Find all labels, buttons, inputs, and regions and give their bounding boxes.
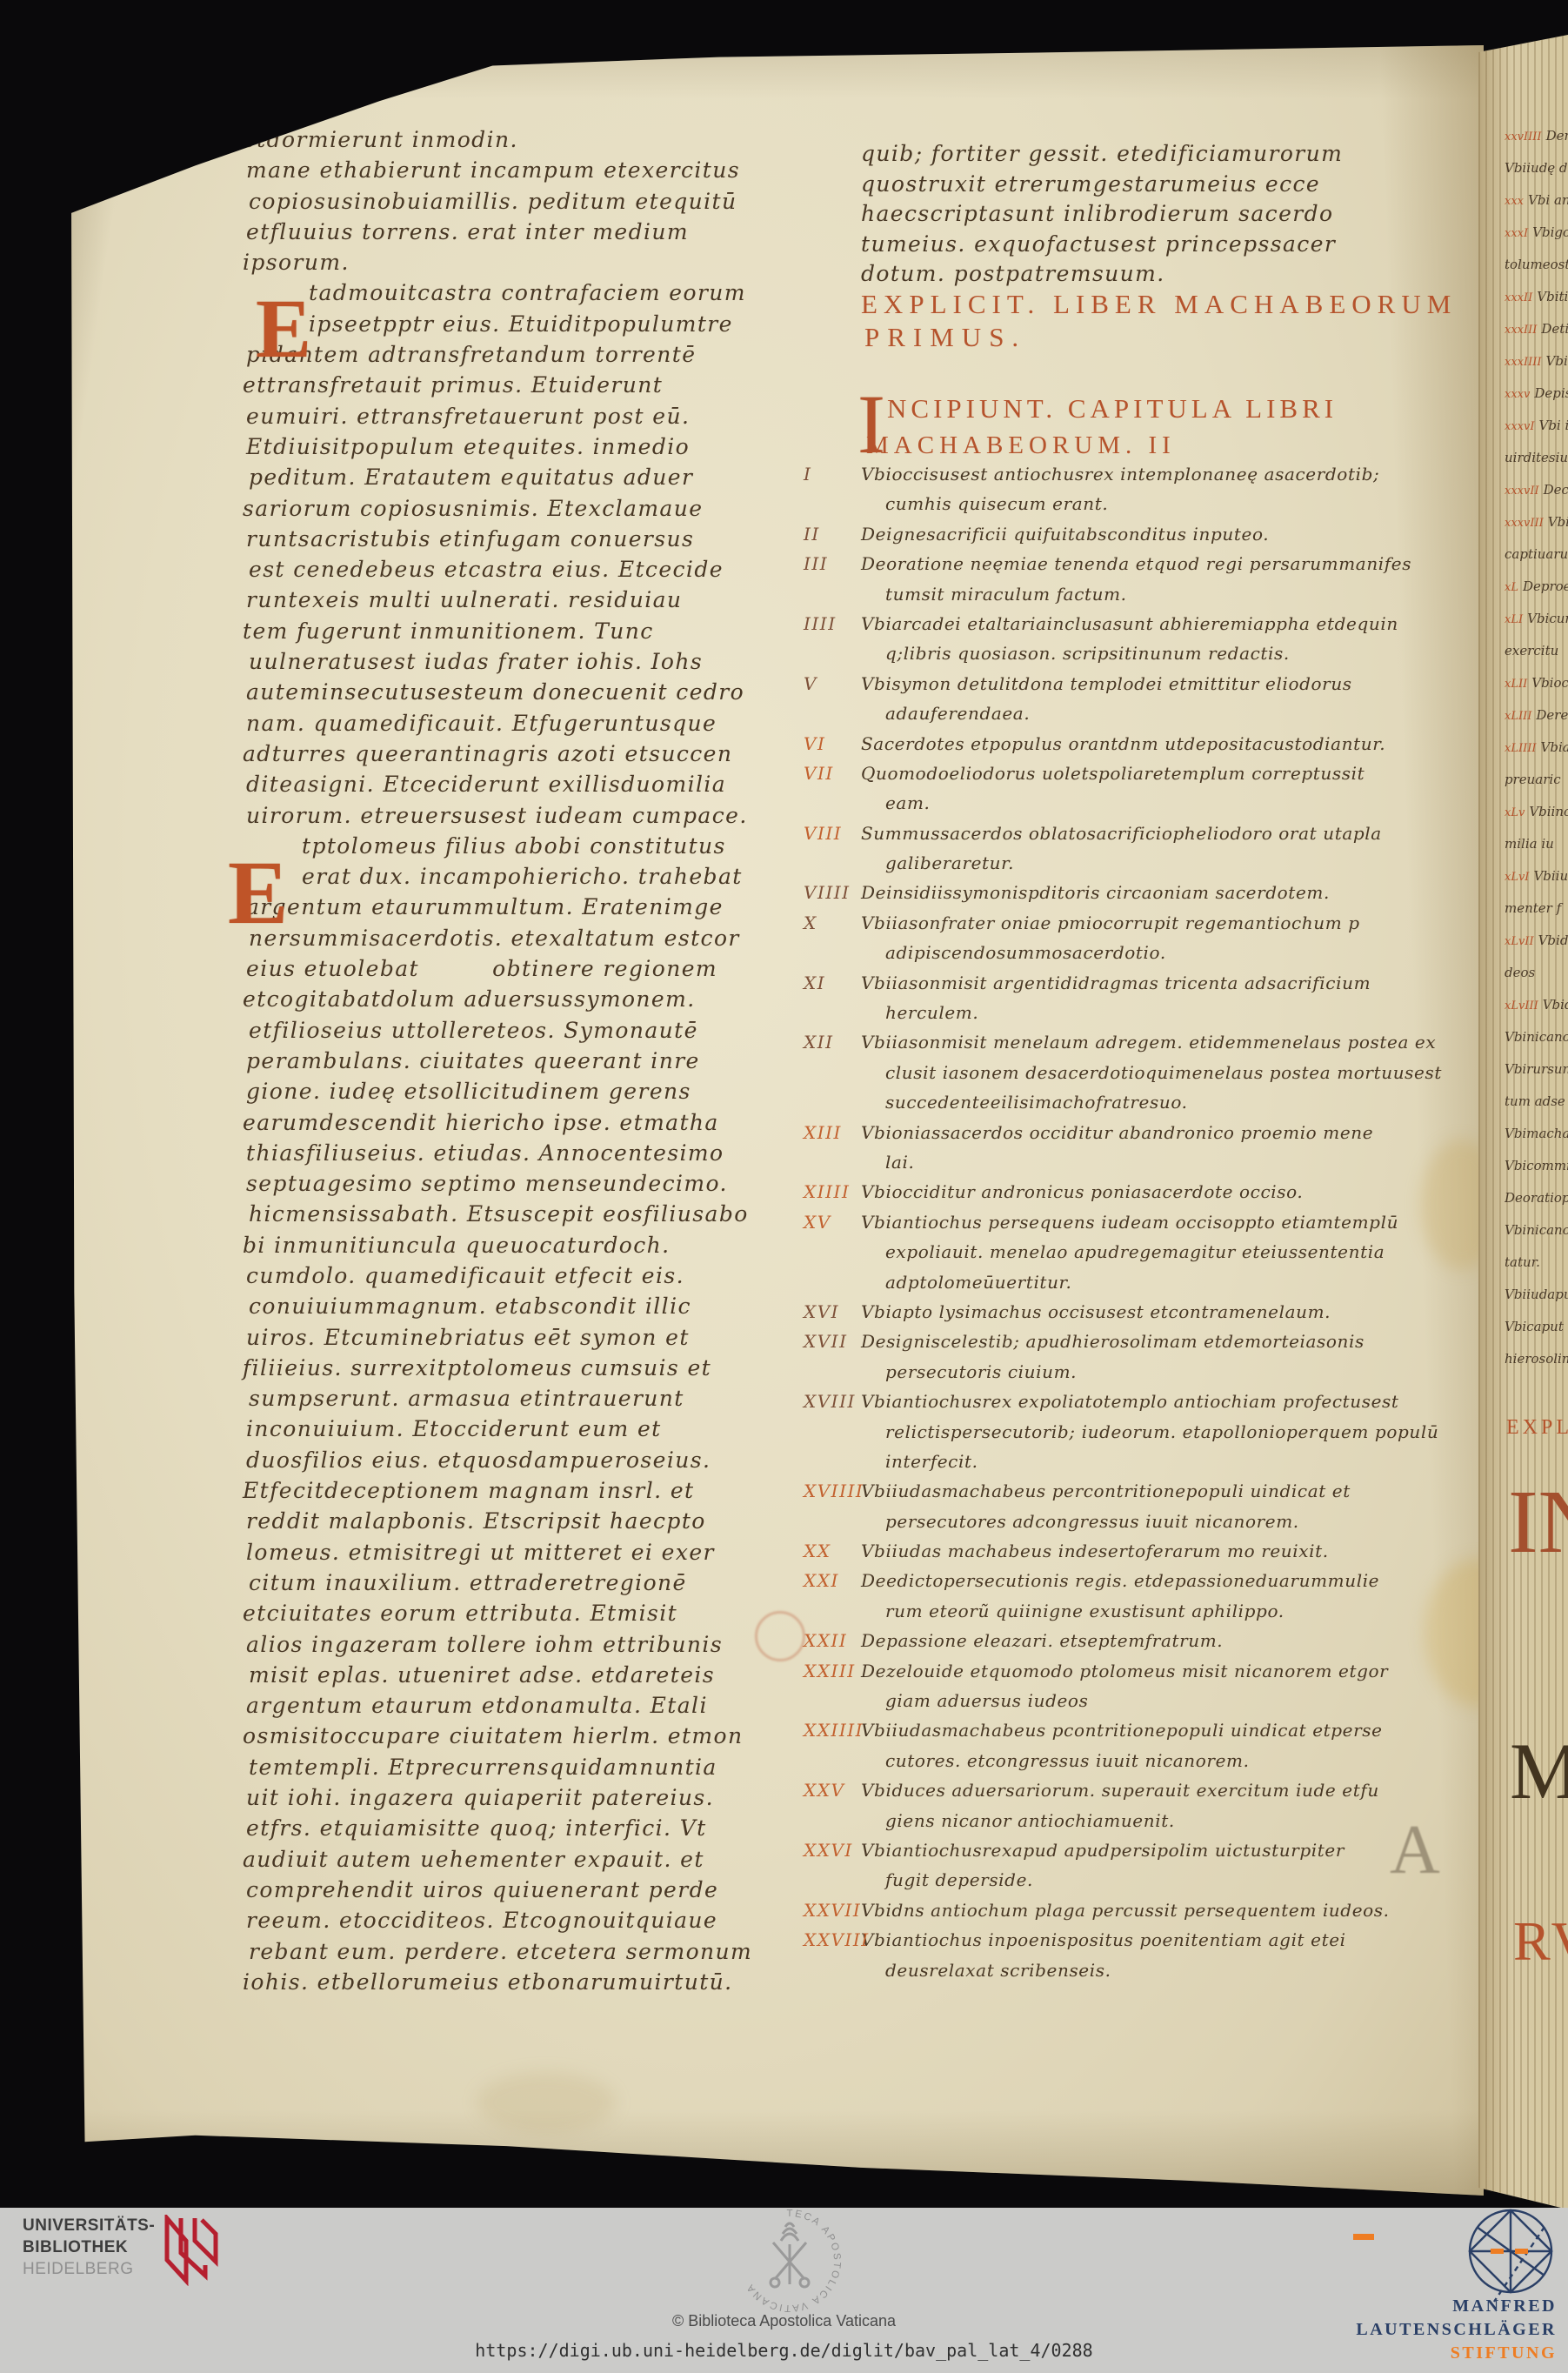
manuscript-line: dotum. postpatremsuum. [861, 259, 1470, 290]
manuscript-line: bi inmunitiuncula queuocaturdoch. [243, 1230, 855, 1260]
capitulum-entry: XVIIDesigniscelestib; apudhierosolimam e… [861, 1327, 1487, 1387]
manuscript-line: etcogitabatdolum aduersussymonem. [243, 984, 855, 1014]
manuscript-line: eumuiri. ettransfretauerunt post eū. [246, 401, 855, 431]
chapter-numeral: XXVIII [804, 1925, 856, 1955]
foreedge-line: uirditesiu [1505, 442, 1568, 474]
explicit-rubric-line1: EXPLICIT. LIBER MACHABEORUM [861, 289, 1457, 320]
manuscript-line: etfilioseius uttollereteos. Symonautē [249, 1015, 855, 1046]
bleedthrough-letter: A [1390, 1811, 1440, 1890]
foreedge-chapter-numeral: xLv [1505, 806, 1525, 819]
foreedge-chapter-numeral: xxxv [1505, 388, 1530, 401]
foreedge-line: tolumeost [1505, 249, 1568, 281]
capitulum-line: XIIVbiiasonmisit menelaum adregem. etide… [861, 1027, 1487, 1057]
chapter-numeral: XVII [804, 1327, 856, 1356]
capitulum-line: interfecit. [885, 1447, 1487, 1476]
capitulum-line: galiberaretur. [885, 848, 1487, 878]
manuscript-line: gione. iudeę etsollicitudinem gerens [246, 1076, 855, 1106]
capitulum-entry: VISacerdotes etpopulus orantdnm utdeposi… [861, 729, 1487, 759]
manuscript-line: quib; fortiter gessit. etedificiamurorum [861, 139, 1470, 170]
manuscript-line: mane ethabierunt incampum etexercitus [246, 155, 855, 185]
manuscript-line: etfluuius torrens. erat inter medium [246, 217, 855, 247]
foreedge-line: xLIIIDeresur [1505, 699, 1568, 732]
chapter-numeral: I [804, 459, 856, 489]
capitulum-entry: XXIDeedictopersecutionis regis. etdepass… [861, 1566, 1487, 1626]
manuscript-line: inconuiuium. Etocciderunt eum et [246, 1414, 855, 1444]
chapter-numeral: X [804, 908, 856, 938]
left-text-column: etdormierunt inmodin.mane ethabierunt in… [246, 124, 855, 1997]
manuscript-line: hicmensissabath. Etsuscepit eosfiliusabo [249, 1199, 855, 1229]
manuscript-line: Etdiuisitpopulum etequites. inmedio [246, 431, 855, 462]
capitulum-line: IIDeignesacrificii quifuitabsconditus in… [861, 519, 1487, 549]
manuscript-line: sumpserunt. armasua etintrauerunt [249, 1383, 855, 1414]
foreedge-large-initials-MA: MA [1510, 1731, 1568, 1811]
incipit-rubric-line1: NCIPIUNT. CAPITULA LIBRI [887, 393, 1338, 424]
foreedge-chapter-numeral: xxxIII [1505, 324, 1537, 337]
manuscript-line: nam. quamedificauit. Etfugeruntusque [246, 708, 855, 739]
capitulum-line: XXVIIVbidns antiochum plaga percussit pe… [861, 1895, 1487, 1925]
ub-heidelberg-wordmark: UNIVERSITÄTS- BIBLIOTHEK HEIDELBERG [23, 2215, 155, 2280]
capitulum-line: XVVbiantiochus persequens iudeam occisop… [861, 1207, 1487, 1237]
capitulum-entry: XXVIIIVbiantiochus inpoenispositus poeni… [861, 1925, 1487, 1985]
chapter-numeral: XVIII [804, 1387, 856, 1416]
capitulum-entry: XXIIDepassione eleazari. etseptemfratrum… [861, 1626, 1487, 1655]
chapter-numeral: XXIIII [804, 1715, 856, 1745]
ub-line3: HEIDELBERG [23, 2258, 155, 2280]
chapter-numeral: XI [804, 968, 856, 998]
foreedge-line: xxxvIIDeciuitatib [1505, 474, 1568, 506]
capitulum-entry: XVVbiantiochus persequens iudeam occisop… [861, 1207, 1487, 1297]
capitulum-entry: IIDeignesacrificii quifuitabsconditus in… [861, 519, 1487, 549]
foreedge-line: menter f [1505, 892, 1568, 925]
book-foreedge: xxvIIIIDemorte aVbiiudę dexxxVbi antioxx… [1478, 35, 1568, 2209]
capitulum-line: XXVbiiudas machabeus indesertoferarum mo… [861, 1536, 1487, 1566]
folio-number: 14 [94, 82, 116, 103]
capitulum-entry: IIIIVbiarcadei etaltariainclusasunt abhi… [861, 609, 1487, 669]
incipit-rubric-line2: MACHABEORUM. II [866, 431, 1176, 460]
capitulum-line: clusit iasonem desacerdotioquimenelaus p… [885, 1058, 1487, 1087]
foreedge-chapter-numeral: xxx [1505, 195, 1524, 208]
capitulum-line: XXVIIIVbiantiochus inpoenispositus poeni… [861, 1925, 1487, 1955]
foreedge-chapter-numeral: xxxvII [1505, 485, 1539, 498]
foreedge-line: deos [1505, 957, 1568, 989]
right-text-column-top: quib; fortiter gessit. etedificiamurorum… [861, 139, 1470, 290]
capitulum-line: XVIIIIVbiiudasmachabeus percontritionepo… [861, 1476, 1487, 1506]
foreedge-line: xxxIIVbitimotheu [1505, 281, 1568, 313]
foreedge-chapter-numeral: xL [1505, 581, 1518, 594]
manuscript-line: tptolomeus filius abobi constitutus [302, 831, 855, 861]
chapter-numeral: XVI [804, 1297, 856, 1327]
foreedge-line: xxxIIIIVbilisias ri [1505, 345, 1568, 378]
capitulum-entry: XVIIIVbiantiochusrex expoliatotemplo ant… [861, 1387, 1487, 1476]
foreedge-capitula-fragments: xxvIIIIDemorte aVbiiudę dexxxVbi antioxx… [1505, 120, 1568, 1375]
capitulum-line: VVbisymon detulitdona templodei etmittit… [861, 669, 1487, 699]
foreedge-line: captiuaru [1505, 538, 1568, 571]
foreedge-line: xLIVbicumg [1505, 603, 1568, 635]
capitulum-line: q;libris quosiason. scripsitinunum redac… [885, 638, 1487, 668]
capitulum-entry: VVbisymon detulitdona templodei etmittit… [861, 669, 1487, 729]
manuscript-line: uulneratusest iudas frater iohis. Iohs [249, 646, 855, 677]
chapter-numeral: V [804, 669, 856, 699]
manuscript-page: 14 etdormierunt inmodin.mane ethabierunt… [68, 45, 1484, 2196]
manuscript-line: cumdolo. quamedificauit etfecit eis. [246, 1260, 855, 1291]
capitulum-entry: XIIVbiiasonmisit menelaum adregem. etide… [861, 1027, 1487, 1117]
foreedge-line: Vbicomminat [1505, 1150, 1568, 1182]
manuscript-line: diteasigni. Etceciderunt exillisduomilia [246, 769, 855, 799]
manuscript-line: rebant eum. perdere. etcetera sermonum [249, 1936, 855, 1967]
chapter-numeral: XXV [804, 1775, 856, 1805]
manuscript-line: thiasfiliuseius. etiudas. Annocentesimo [246, 1138, 855, 1168]
foreedge-line: xLvIIVbidemetr [1505, 925, 1568, 957]
manuscript-line: eius etuolebat obtinere regionem [246, 953, 855, 984]
manuscript-line: temtempli. Etprecurrensquidamnuntia [249, 1752, 855, 1782]
manuscript-line: reeum. etocciditeos. Etcognouitquiaue [246, 1905, 855, 1935]
manuscript-line: ipsorum. [243, 247, 855, 277]
manuscript-line: earumdescendit hiericho ipse. etmatha [243, 1107, 855, 1138]
foreedge-chapter-numeral: xLII [1505, 678, 1527, 691]
manuscript-line: filiieius. surrexitptolomeus cumsuis et [243, 1353, 855, 1383]
capitula-list: IVbioccisusest antiochusrex intemplonane… [861, 459, 1487, 1985]
capitulum-entry: XXIIIIVbiiudasmachabeus pcontritionepopu… [861, 1715, 1487, 1775]
manuscript-line: est cenedebeus etcastra eius. Etcecide [249, 554, 855, 585]
foreedge-line: xxvIIIIDemorte a [1505, 120, 1568, 152]
manuscript-line: argentum etaurum etdonamulta. Etali [246, 1690, 855, 1721]
manuscript-line: comprehendit uiros quiuenerant perde [246, 1875, 855, 1905]
capitulum-entry: XIIIVbioniassacerdos occiditur abandroni… [861, 1118, 1487, 1178]
mls-line2: LAUTENSCHLÄGER [1356, 2318, 1557, 2342]
capitulum-line: expoliauit. menelao apudregemagitur etei… [885, 1237, 1487, 1267]
chapter-numeral: XIII [804, 1118, 856, 1147]
manuscript-line: tumeius. exquofactusest princepssacer [861, 230, 1470, 260]
chapter-numeral: II [804, 519, 856, 549]
foreedge-chapter-numeral: xLIII [1505, 710, 1531, 723]
capitulum-line: XVIVbiapto lysimachus occisusest etcontr… [861, 1297, 1487, 1327]
capitulum-line: adipiscendosummosacerdotio. [885, 938, 1487, 967]
foreedge-line: milia iu [1505, 828, 1568, 860]
manuscript-line: haecscriptasunt inlibrodierum sacerdo [861, 199, 1470, 230]
footer-bar: UNIVERSITÄTS- BIBLIOTHEK HEIDELBERG [0, 2208, 1568, 2373]
foreedge-line: Vbiiudę de [1505, 152, 1568, 184]
foreedge-chapter-numeral: xLI [1505, 613, 1523, 626]
foreedge-line: Deoratiopresb [1505, 1182, 1568, 1214]
manuscript-line: runtexeis multi uulnerati. residuiau [246, 585, 855, 615]
capitulum-line: deusrelaxat scribenseis. [885, 1955, 1487, 1985]
foreedge-chapter-numeral: xxvIIII [1505, 130, 1542, 144]
source-url-text: https://digi.ub.uni-heidelberg.de/diglit… [0, 2340, 1568, 2361]
manuscript-line: ettransfretauit primus. Etuiderunt [243, 370, 855, 400]
manuscript-line: audiuit autem uehementer expauit. et [243, 1844, 855, 1875]
capitulum-entry: IIIDeoratione neęmiae tenenda etquod reg… [861, 549, 1487, 609]
chapter-numeral: XII [804, 1027, 856, 1057]
foreedge-chapter-numeral: xLvI [1505, 871, 1529, 884]
manuscript-line: lomeus. etmisitregi ut mitteret ei exer [246, 1537, 855, 1568]
chapter-numeral: XXIII [804, 1656, 856, 1686]
capitulum-entry: XXVIIVbidns antiochum plaga percussit pe… [861, 1895, 1487, 1925]
foreedge-line: xxxvIIIVbitimothe [1505, 506, 1568, 538]
foreedge-line: Vbimachabeu [1505, 1118, 1568, 1150]
capitulum-line: eam. [885, 788, 1487, 818]
foreedge-line: preuaric [1505, 764, 1568, 796]
manuscript-line: etdormierunt inmodin. [243, 124, 855, 155]
capitulum-line: adptolomeūuertitur. [885, 1267, 1487, 1297]
foreedge-chapter-numeral: xLIIII [1505, 742, 1537, 755]
foreedge-chapter-numeral: xxxvI [1505, 420, 1534, 433]
foreedge-line: tum adse iud [1505, 1086, 1568, 1118]
capitulum-line: XXIIDepassione eleazari. etseptemfratrum… [861, 1626, 1487, 1655]
manuscript-line: Etfecitdeceptionem magnam insrl. et [243, 1475, 855, 1506]
capitulum-entry: VIIQuomodoeliodorus uoletspoliaretemplum… [861, 759, 1487, 819]
capitulum-line: XXVVbiduces aduersariorum. superauit exe… [861, 1775, 1487, 1805]
capitulum-line: IIIDeoratione neęmiae tenenda etquod reg… [861, 549, 1487, 578]
capitulum-line: XVbiiasonfrater oniae pmiocorrupit regem… [861, 908, 1487, 938]
foreedge-line: xxxvIVbi ioppite [1505, 410, 1568, 442]
foreedge-line: xLvIVbiiudęiur [1505, 860, 1568, 892]
manuscript-line: adturres queerantinagris azoti etsuccen [243, 739, 855, 769]
capitulum-entry: XVIVbiapto lysimachus occisusest etcontr… [861, 1297, 1487, 1327]
capitulum-line: XXIIIDezelouide etquomodo ptolomeus misi… [861, 1656, 1487, 1686]
foreedge-chapter-numeral: xLvIII [1505, 999, 1538, 1013]
svg-text:BIBLIOTECA APOSTOLICA VATICANA: BIBLIOTECA APOSTOLICA VATICANA [707, 2209, 842, 2312]
capitulum-line: persecutoris ciuium. [885, 1357, 1487, 1387]
foreedge-line: Vbirursum a [1505, 1053, 1568, 1086]
foreedge-chapter-numeral: xLvII [1505, 935, 1534, 948]
foreedge-explicit-fragment: EXPLI [1506, 1416, 1568, 1440]
capitulum-line: XXIDeedictopersecutionis regis. etdepass… [861, 1566, 1487, 1595]
chapter-numeral: VIIII [804, 878, 856, 907]
chapter-numeral: XXVI [804, 1835, 856, 1865]
manuscript-line: nersummisacerdotis. etexaltatum estcor [249, 923, 855, 953]
capitulum-entry: XVbiiasonfrater oniae pmiocorrupit regem… [861, 908, 1487, 968]
capitulum-line: VIIIIDeinsidiissymonispditoris circaonia… [861, 878, 1487, 907]
foreedge-line: xxxIIIDetimotheo [1505, 313, 1568, 345]
foreedge-line: xLvIIIVbidemetri [1505, 989, 1568, 1021]
manuscript-line: duosfilios eius. etquosdampueroseius. [246, 1445, 855, 1475]
chapter-numeral: VIII [804, 819, 856, 848]
manuscript-line: auteminsecutusesteum donecuenit cedro [246, 677, 855, 707]
foreedge-line: xLIIVbiocc [1505, 667, 1568, 699]
foreedge-line: xxxIVbigorgia [1505, 217, 1568, 249]
mls-wordmark: MANFRED LAUTENSCHLÄGER STIFTUNG [1356, 2295, 1557, 2365]
capitulum-entry: VIIISummussacerdos oblatosacrificiopheli… [861, 819, 1487, 879]
foreedge-line: exercitu [1505, 635, 1568, 667]
manuscript-line: osmisitoccupare ciuitatem hierlm. etmon [243, 1721, 855, 1751]
manuscript-line: iohis. etbellorumeius etbonarumuirtutū. [243, 1967, 855, 1997]
capitulum-line: giam aduersus iudeos [885, 1686, 1487, 1715]
manuscript-line: quostruxit etrerumgestarumeius ecce [861, 170, 1470, 200]
chapter-numeral: III [804, 549, 856, 578]
chapter-numeral: XX [804, 1536, 856, 1566]
explicit-rubric-line2: PRIMUS. [864, 322, 1026, 353]
mls-line1: MANFRED [1356, 2295, 1557, 2318]
chapter-numeral: VI [804, 729, 856, 759]
manuscript-line: etfrs. etquiamisitte quoq; interfici. Vt [246, 1813, 855, 1843]
capitulum-line: XIIIVbioniassacerdos occiditur abandroni… [861, 1118, 1487, 1147]
vatican-copyright-text: © Biblioteca Apostolica Vaticana [0, 2312, 1568, 2330]
foreedge-line: xxxvDepiscionib [1505, 378, 1568, 410]
manuscript-line: peditum. Eratautem equitatus aduer [249, 462, 855, 492]
capitulum-entry: XVIIIIVbiiudasmachabeus percontritionepo… [861, 1476, 1487, 1536]
manuscript-line: reddit malapbonis. Etscripsit haecpto [246, 1506, 855, 1536]
scan-stage: 14 etdormierunt inmodin.mane ethabierunt… [0, 0, 1568, 2373]
ub-heidelberg-logo-icon [162, 2215, 221, 2290]
manuscript-line: conuiuiummagnum. etabscondit illic [249, 1291, 855, 1321]
foreedge-chapter-numeral: xxxvIII [1505, 517, 1544, 530]
manuscript-line: runtsacristubis etinfugam conuersus [246, 524, 855, 554]
capitulum-line: XIVbiiasonmisit argentididragmas tricent… [861, 968, 1487, 998]
foreedge-chapter-numeral: xxxIIII [1505, 356, 1542, 369]
manuscript-line: erat dux. incampohiericho. trahebat [302, 861, 855, 892]
capitulum-entry: XIIIIVbiocciditur andronicus poniasacerd… [861, 1177, 1487, 1207]
foreedge-chapter-numeral: xxxI [1505, 227, 1528, 240]
chapter-numeral: XVIIII [804, 1476, 856, 1506]
foreedge-line: xxxVbi antio [1505, 184, 1568, 217]
parchment-stain [477, 2072, 616, 2133]
capitulum-line: cumhis quisecum erant. [885, 489, 1487, 518]
capitulum-line: XVIIDesigniscelestib; apudhierosolimam e… [861, 1327, 1487, 1356]
chapter-numeral: XIIII [804, 1177, 856, 1207]
manuscript-line: tem fugerunt inmunitionem. Tunc [243, 616, 855, 646]
manuscript-line: pidantem adtransfretandum torrentē [246, 339, 855, 370]
mls-orange-dash-icon [1353, 2234, 1374, 2240]
capitulum-line: rum eteorũ quiinigne exustisunt aphilipp… [885, 1596, 1487, 1626]
capitulum-entry: IVbioccisusest antiochusrex intemplonane… [861, 459, 1487, 519]
foreedge-line: xLvVbiincast [1505, 796, 1568, 828]
chapter-numeral: XXII [804, 1626, 856, 1655]
foreedge-large-initials-RV: RV [1513, 1914, 1568, 1969]
foreedge-large-initials-INC: INC [1508, 1477, 1568, 1568]
initial-letter-E-2: E [228, 848, 288, 939]
capitulum-line: herculem. [885, 998, 1487, 1027]
red-ring-mark [755, 1611, 805, 1661]
capitulum-line: IIIIVbiarcadei etaltariainclusasunt abhi… [861, 609, 1487, 638]
foreedge-line: Vbinicanorsu [1505, 1214, 1568, 1247]
foreedge-line: Vbicaput etma [1505, 1311, 1568, 1343]
manuscript-line: uiros. Etcuminebriatus eēt symon et [246, 1322, 855, 1353]
capitulum-line: lai. [885, 1147, 1487, 1177]
foreedge-line: xLDeproeli [1505, 571, 1568, 603]
manuscript-line: uit iohi. ingazera quiaperiit patereius. [246, 1782, 855, 1813]
initial-letter-E-1: E [256, 287, 311, 371]
capitulum-line: IVbioccisusest antiochusrex intemplonane… [861, 459, 1487, 489]
manuscript-line: copiosusinobuiamillis. peditum etequitū [249, 186, 855, 217]
capitulum-line: relictispersecutorib; iudeorum. etapollo… [885, 1417, 1487, 1447]
capitulum-line: XVIIIVbiantiochusrex expoliatotemplo ant… [861, 1387, 1487, 1416]
capitulum-line: XIIIIVbiocciditur andronicus poniasacerd… [861, 1177, 1487, 1207]
manuscript-line: misit eplas. utueniret adse. etdareteis [249, 1660, 855, 1690]
chapter-numeral: VII [804, 759, 856, 788]
foreedge-line: Vbiiudapugna [1505, 1279, 1568, 1311]
foreedge-line: hierosolimam [1505, 1343, 1568, 1375]
manuscript-line: citum inauxilium. ettraderetregionē [249, 1568, 855, 1598]
manuscript-line: tadmouitcastra contrafaciem eorum [309, 277, 855, 308]
ub-line1: UNIVERSITÄTS- [23, 2215, 155, 2236]
capitulum-entry: XXIIIDezelouide etquomodo ptolomeus misi… [861, 1656, 1487, 1716]
chapter-numeral: IIII [804, 609, 856, 638]
capitulum-entry: XIVbiiasonmisit argentididragmas tricent… [861, 968, 1487, 1028]
manuscript-line: septuagesimo septimo menseundecimo. [246, 1168, 855, 1199]
ub-line2: BIBLIOTHEK [23, 2236, 155, 2258]
chapter-numeral: XXI [804, 1566, 856, 1595]
capitulum-line: succedenteeilisimachofratresuo. [885, 1087, 1487, 1117]
manuscript-line: ipseetpptr eius. Etuiditpopulumtre [309, 309, 855, 339]
vatican-library-seal-icon: BIBLIOTECA APOSTOLICA VATICANA [707, 2209, 872, 2316]
chapter-numeral: XV [804, 1207, 856, 1237]
foreedge-line: Vbinicanor [1505, 1021, 1568, 1053]
capitulum-line: XXIIIIVbiiudasmachabeus pcontritionepopu… [861, 1715, 1487, 1745]
capitulum-line: VIIQuomodoeliodorus uoletspoliaretemplum… [861, 759, 1487, 788]
capitulum-line: tumsit miraculum factum. [885, 579, 1487, 609]
foreedge-line: xLIIIIVbiamia [1505, 732, 1568, 764]
capitulum-line: VIIISummussacerdos oblatosacrificiopheli… [861, 819, 1487, 848]
capitulum-entry: VIIIIDeinsidiissymonispditoris circaonia… [861, 878, 1487, 907]
manuscript-line: uirorum. etreuersusest iudeam cumpace. [246, 800, 855, 831]
mls-line3: STIFTUNG [1356, 2342, 1557, 2365]
manuscript-line: sariorum copiosusnimis. Etexclamaue [243, 493, 855, 524]
manuscript-line: perambulans. ciuitates queerant inre [246, 1046, 855, 1076]
capitulum-line: VISacerdotes etpopulus orantdnm utdeposi… [861, 729, 1487, 759]
capitulum-line: persecutores adcongressus iuuit nicanore… [885, 1507, 1487, 1536]
chapter-numeral: XXVII [804, 1895, 856, 1925]
foreedge-line: tatur. [1505, 1247, 1568, 1279]
capitulum-line: cutores. etcongressus iuuit nicanorem. [885, 1746, 1487, 1775]
foreedge-chapter-numeral: xxxII [1505, 291, 1532, 304]
capitulum-entry: XXVbiiudas machabeus indesertoferarum mo… [861, 1536, 1487, 1566]
capitulum-line: adauferendaea. [885, 699, 1487, 728]
manuscript-line: argentum etaurummultum. Eratenimge [246, 892, 855, 922]
